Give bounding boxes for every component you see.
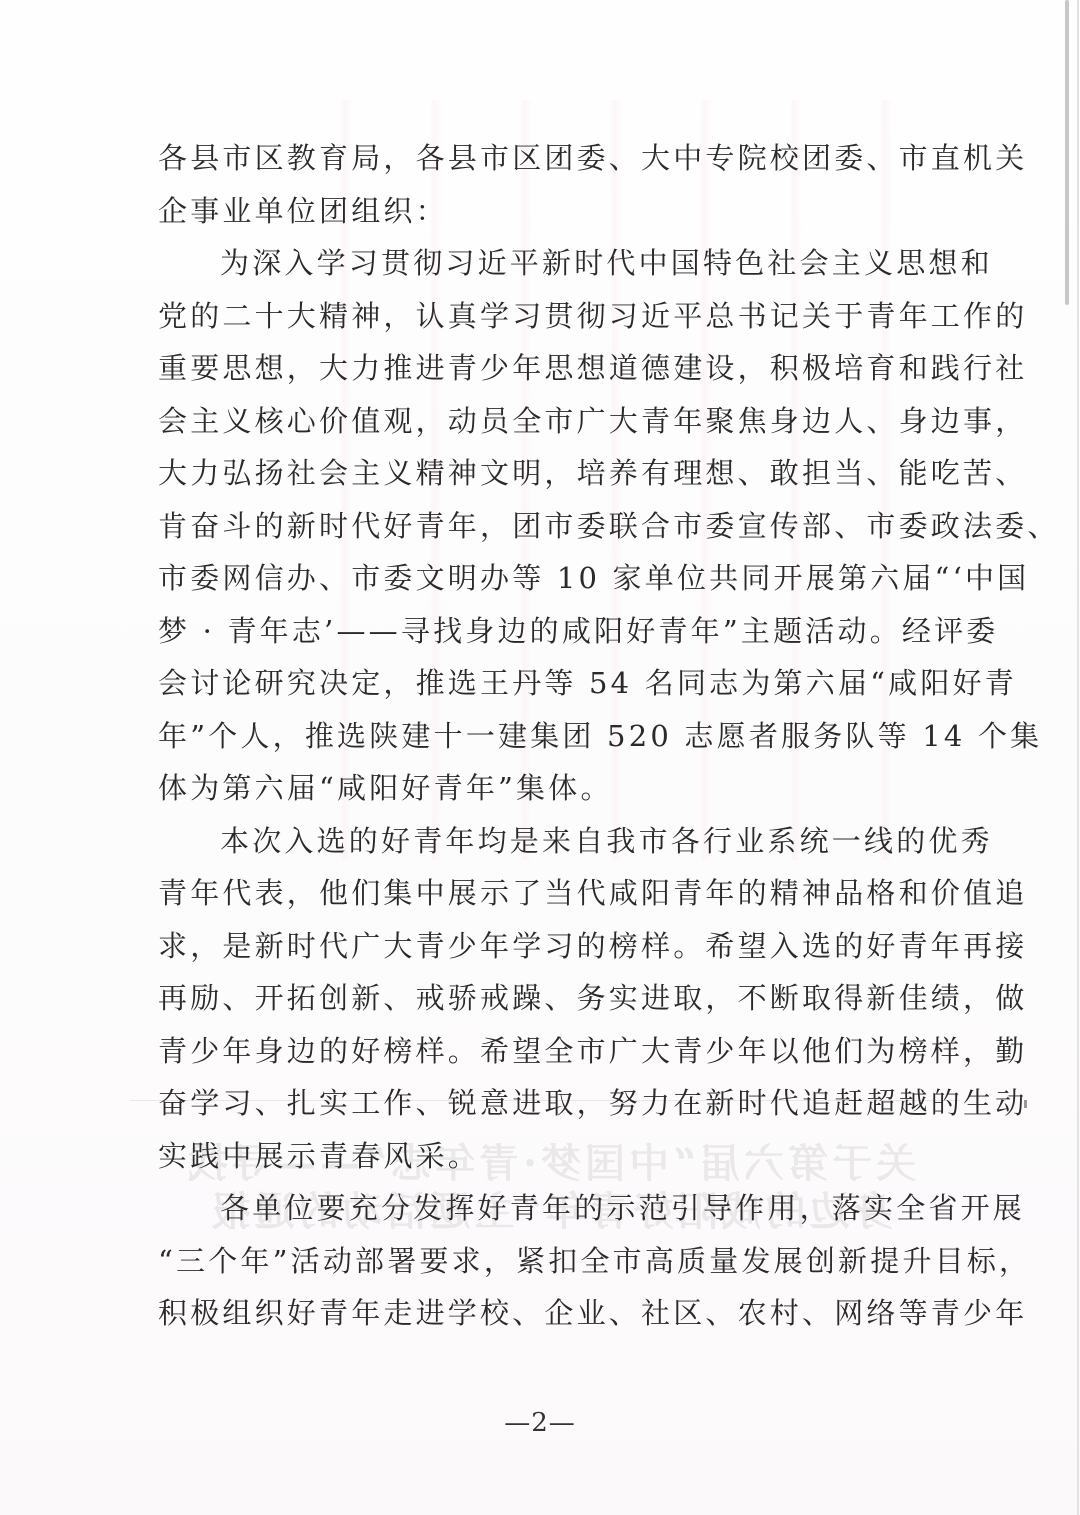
text-line: 为深入学习贯彻习近平新时代中国特色社会主义思想和 [158, 237, 948, 290]
text-line: 重要思想，大力推进青少年思想道德建设，积极培育和践行社 [158, 342, 948, 395]
text-line: 党的二十大精神，认真学习贯彻习近平总书记关于青年工作的 [158, 290, 948, 343]
document-body: 各县市区教育局，各县市区团委、大中专院校团委、市直机关 企事业单位团组织： 为深… [158, 132, 948, 1340]
text-line: 梦 · 青年志’——寻找身边的咸阳好青年”主题活动。经评委 [158, 605, 948, 658]
document-page: 关于第六届“中国梦·青年志”——寻找 身边的咸阳好青年”主题活动的通报 各县市区… [0, 0, 1080, 1515]
text-line: 本次入选的好青年均是来自我市各行业系统一线的优秀 [158, 815, 948, 868]
scan-edge-shadow [1065, 0, 1069, 305]
page-number: —2— [0, 1408, 1080, 1438]
paragraph-3: 各单位要充分发挥好青年的示范引导作用，落实全省开展 “三个年”活动部署要求，紧扣… [158, 1182, 948, 1340]
salutation-line: 企事业单位团组织： [158, 185, 948, 238]
paragraph-1: 为深入学习贯彻习近平新时代中国特色社会主义思想和 党的二十大精神，认真学习贯彻习… [158, 237, 948, 815]
text-line: 肯奋斗的新时代好青年，团市委联合市委宣传部、市委政法委、 [158, 500, 948, 553]
text-line: 各单位要充分发挥好青年的示范引导作用，落实全省开展 [158, 1182, 948, 1235]
text-line: 大力弘扬社会主义精神文明，培养有理想、敢担当、能吃苦、 [158, 447, 948, 500]
text-line: 奋学习、扎实工作、锐意进取，努力在新时代追赶超越的生动 [158, 1077, 948, 1130]
salutation-line: 各县市区教育局，各县市区团委、大中专院校团委、市直机关 [158, 132, 948, 185]
text-line: 市委网信办、市委文明办等 10 家单位共同开展第六届“‘中国 [158, 552, 948, 605]
text-line: 求，是新时代广大青少年学习的榜样。希望入选的好青年再接 [158, 920, 948, 973]
text-line: 再励、开拓创新、戒骄戒躁、务实进取，不断取得新佳绩，做 [158, 972, 948, 1025]
text-line: “三个年”活动部署要求，紧扣全市高质量发展创新提升目标， [158, 1235, 948, 1288]
text-line: 体为第六届“咸阳好青年”集体。 [158, 762, 948, 815]
text-line: 会主义核心价值观，动员全市广大青年聚焦身边人、身边事， [158, 395, 948, 448]
text-line: 积极组织好青年走进学校、企业、社区、农村、网络等青少年 [158, 1287, 948, 1340]
paragraph-2: 本次入选的好青年均是来自我市各行业系统一线的优秀 青年代表，他们集中展示了当代咸… [158, 815, 948, 1183]
scan-border-line [1077, 0, 1079, 1515]
text-line: 年”个人，推选陕建十一建集团 520 志愿者服务队等 14 个集 [158, 710, 948, 763]
text-line: 实践中展示青春风采。 [158, 1130, 948, 1183]
text-line: 会讨论研究决定，推选王丹等 54 名同志为第六届“咸阳好青 [158, 657, 948, 710]
text-line: 青年代表，他们集中展示了当代咸阳青年的精神品格和价值追 [158, 867, 948, 920]
text-line: 青少年身边的好榜样。希望全市广大青少年以他们为榜样，勤 [158, 1025, 948, 1078]
